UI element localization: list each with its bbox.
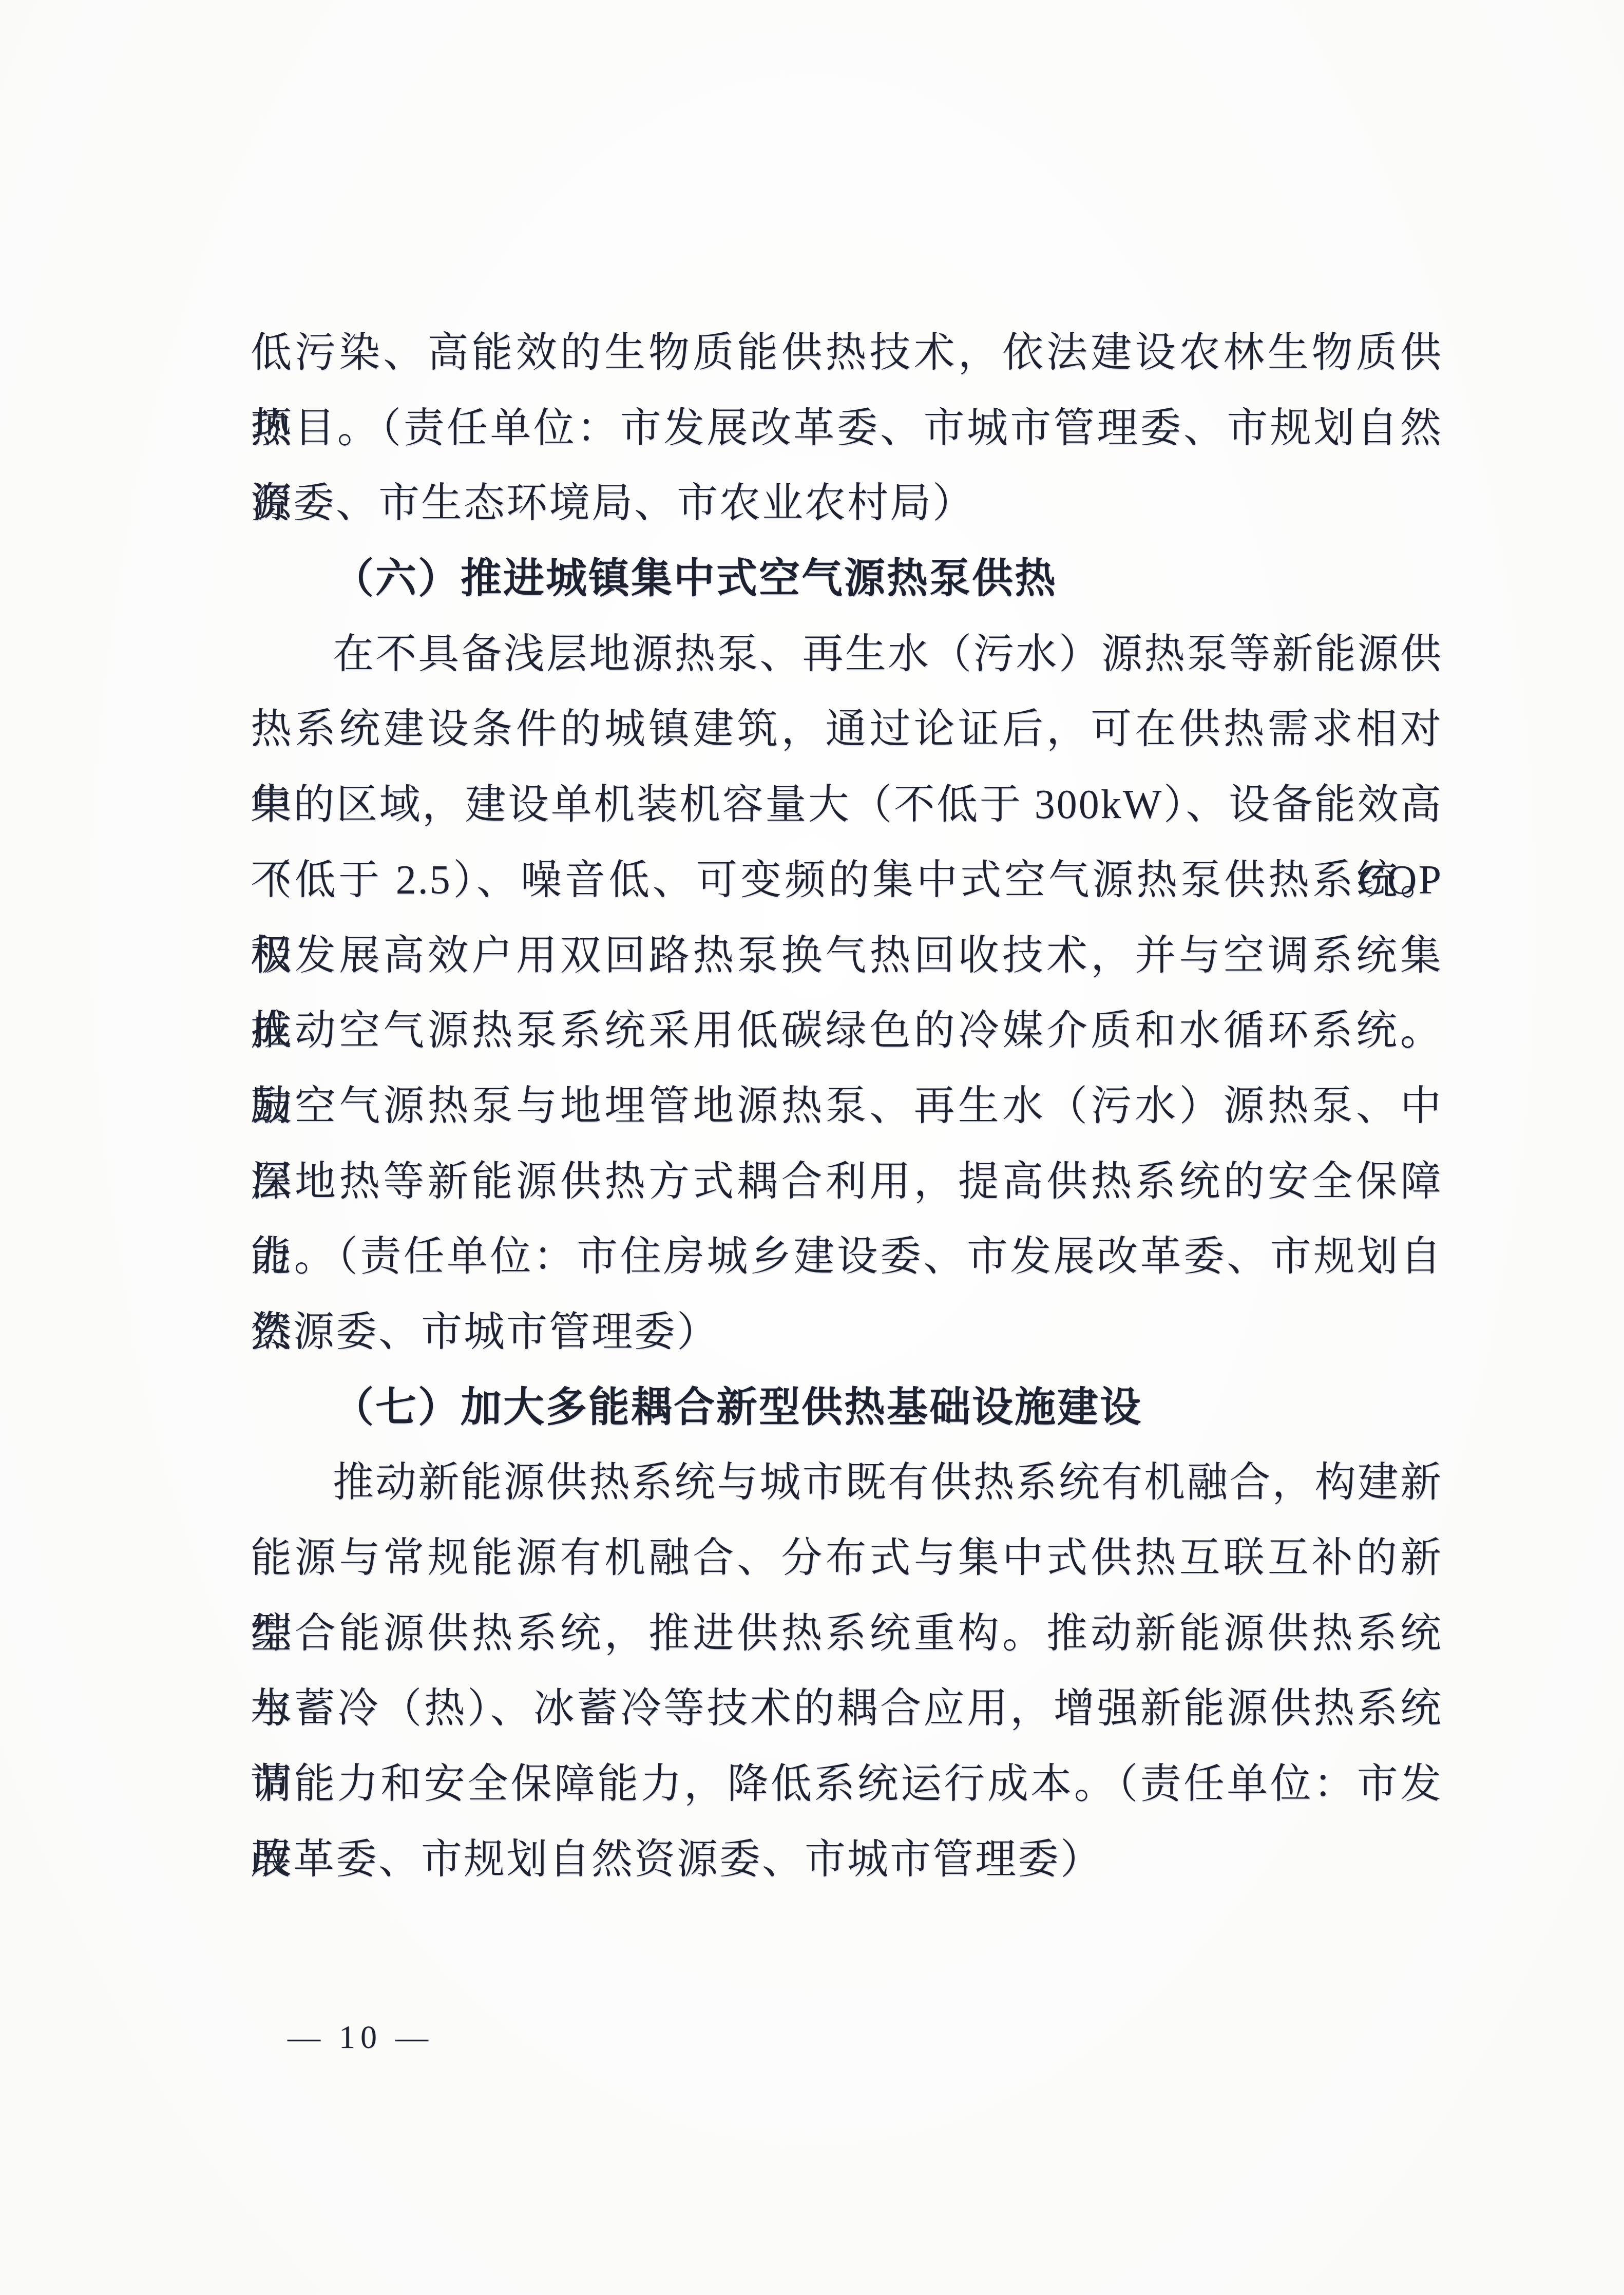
section-heading: （七）加大多能耦合新型供热基础设施建设	[251, 1370, 1443, 1446]
text-line: 不低于 2.5）、噪音低、可变频的集中式空气源热泵供热系统。积	[251, 843, 1443, 918]
text-line: 源委、市生态环境局、市农业农村局）	[251, 466, 1443, 541]
text-line: 资源委、市城市管理委）	[251, 1295, 1443, 1370]
text-line: 热系统建设条件的城镇建筑，通过论证后，可在供热需求相对集	[251, 692, 1443, 767]
document-page: 低污染、高能效的生物质能供热技术，依法建设农林生物质供热 项目。（责任单位：市发…	[0, 0, 1624, 2295]
text-line: 综合能源供热系统，推进供热系统重构。推动新能源供热系统与	[251, 1596, 1443, 1672]
text-line: 层地热等新能源供热方式耦合利用，提高供热系统的安全保障能	[251, 1144, 1443, 1220]
page-number: — 10 —	[288, 2018, 433, 2056]
document-body: 低污染、高能效的生物质能供热技术，依法建设农林生物质供热 项目。（责任单位：市发…	[251, 315, 1443, 1897]
text-line: 力。（责任单位：市住房城乡建设委、市发展改革委、市规划自然	[251, 1219, 1443, 1295]
text-line: 能源与常规能源有机融合、分布式与集中式供热互联互补的新型	[251, 1521, 1443, 1596]
text-line: 中的区域，建设单机装机容量大（不低于 300kW）、设备能效高（COP	[251, 767, 1443, 843]
text-line: 励空气源热泵与地埋管地源热泵、再生水（污水）源热泵、中深	[251, 1069, 1443, 1144]
text-line: 推动空气源热泵系统采用低碳绿色的冷媒介质和水循环系统。鼓	[251, 993, 1443, 1069]
text-line: 在不具备浅层地源热泵、再生水（污水）源热泵等新能源供	[251, 617, 1443, 692]
text-line: 水蓄冷（热）、冰蓄冷等技术的耦合应用，增强新能源供热系统调	[251, 1671, 1443, 1747]
text-line: 推动新能源供热系统与城市既有供热系统有机融合，构建新	[251, 1445, 1443, 1521]
text-line: 项目。（责任单位：市发展改革委、市城市管理委、市规划自然资	[251, 391, 1443, 466]
text-line: 节能力和安全保障能力，降低系统运行成本。（责任单位：市发展	[251, 1747, 1443, 1822]
text-line: 改革委、市规划自然资源委、市城市管理委）	[251, 1822, 1443, 1898]
text-line: 极发展高效户用双回路热泵换气热回收技术，并与空调系统集成。	[251, 918, 1443, 994]
text-line: 低污染、高能效的生物质能供热技术，依法建设农林生物质供热	[251, 315, 1443, 391]
section-heading: （六）推进城镇集中式空气源热泵供热	[251, 541, 1443, 617]
